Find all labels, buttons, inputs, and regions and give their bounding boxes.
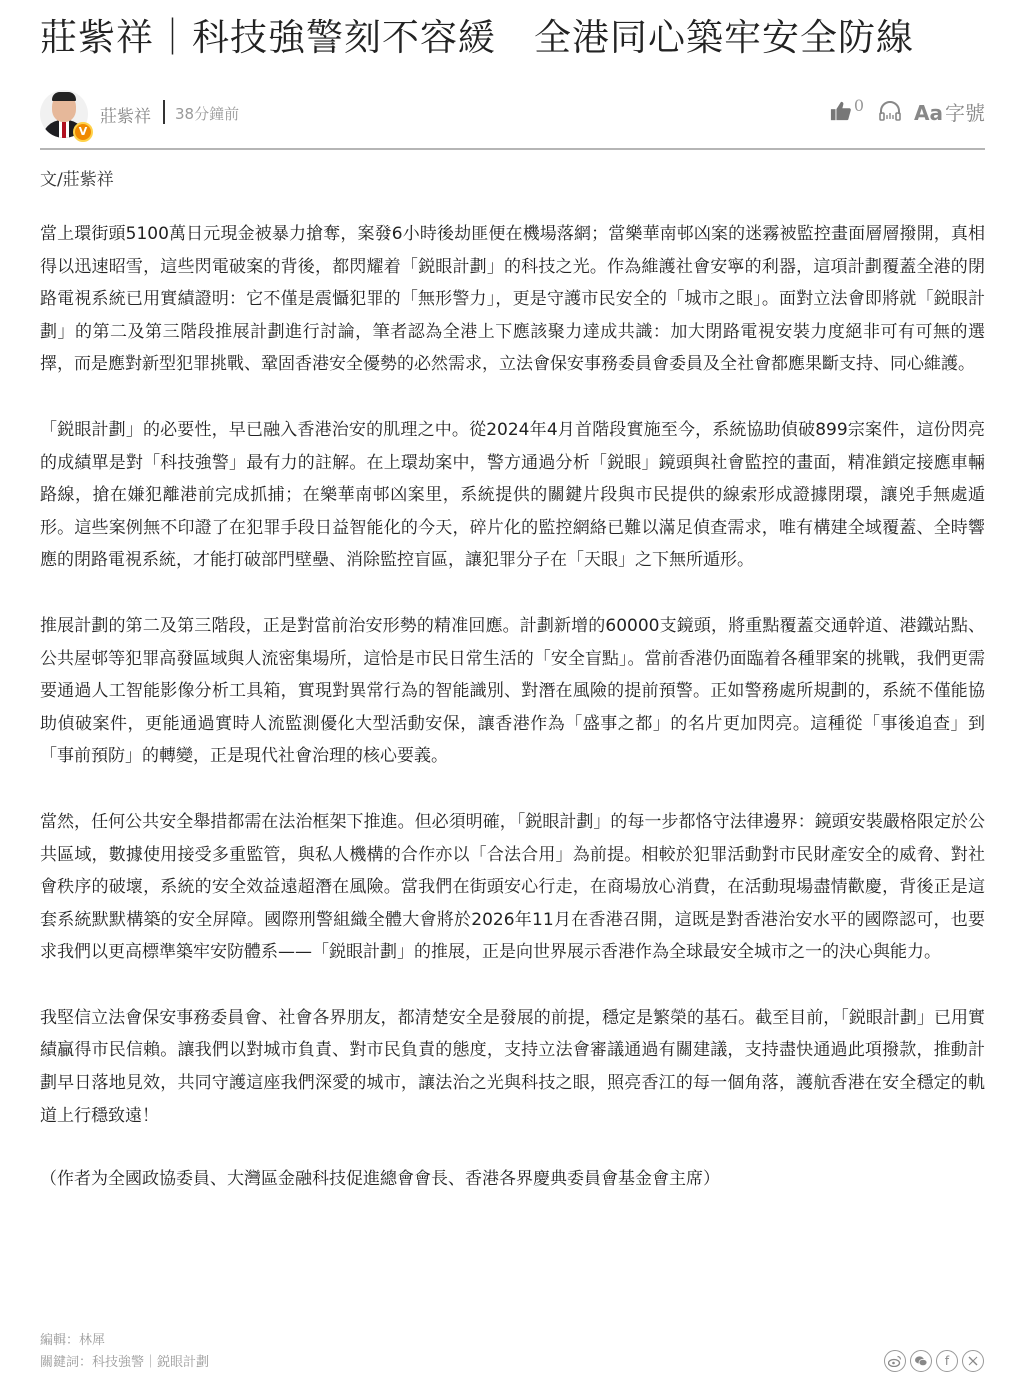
paragraph: 推展計劃的第二及第三階段，正是對當前治安形勢的精准回應。計劃新增的60000支鏡…: [40, 610, 985, 773]
article-title: 莊紫祥｜科技強警刻不容緩 全港同心築牢安全防線: [40, 0, 985, 58]
verified-badge-icon: V: [73, 122, 93, 142]
article-tools: 0 Aa 字號: [830, 98, 985, 124]
x-icon[interactable]: [962, 1350, 984, 1372]
editor-label: 編輯：: [40, 1333, 79, 1348]
editor-line: 編輯：林犀: [40, 1330, 209, 1352]
like-count: 0: [854, 96, 864, 115]
thumbs-up-icon: [830, 100, 852, 122]
keywords-line: 關鍵詞：科技強警｜鋭眼計劃: [40, 1352, 209, 1374]
article-body: 當上環街頭5100萬日元現金被暴力搶奪，案發6小時後劫匪便在機場落網；當樂華南邨…: [40, 218, 985, 1196]
wechat-icon[interactable]: [910, 1350, 932, 1372]
font-size-icon: Aa: [914, 101, 943, 125]
weibo-icon[interactable]: [884, 1350, 906, 1372]
article-footer: 編輯：林犀 關鍵詞：科技強警｜鋭眼計劃: [40, 1330, 209, 1374]
publish-time: 38分鐘前: [175, 103, 239, 124]
paragraph: 當然，任何公共安全舉措都需在法治框架下推進。但必須明確，「鋭眼計劃」的每一步都恪…: [40, 806, 985, 969]
keyword-link[interactable]: 鋭眼計劃: [157, 1355, 209, 1370]
keywords-label: 關鍵詞：: [40, 1355, 92, 1370]
font-size-button[interactable]: Aa 字號: [914, 97, 985, 126]
author-note: （作者为全國政協委員、大灣區金融科技促進總會會長、香港各界慶典委員會基金會主席）: [40, 1163, 985, 1196]
article-page: 莊紫祥｜科技強警刻不容緩 全港同心築牢安全防線 V 莊紫祥 38分鐘前 0: [0, 0, 1010, 1196]
author-name[interactable]: 莊紫祥: [100, 102, 151, 127]
paragraph: 當上環街頭5100萬日元現金被暴力搶奪，案發6小時後劫匪便在機場落網；當樂華南邨…: [40, 218, 985, 381]
font-size-label: 字號: [945, 97, 985, 126]
facebook-icon[interactable]: f: [936, 1350, 958, 1372]
meta-divider: [163, 100, 165, 124]
keyword-separator: ｜: [144, 1355, 157, 1370]
article-meta-bar: V 莊紫祥 38分鐘前 0 Aa 字號: [40, 86, 985, 150]
keyword-link[interactable]: 科技強警: [92, 1355, 144, 1370]
like-button[interactable]: 0: [830, 100, 864, 122]
headphones-icon[interactable]: [878, 100, 902, 122]
share-buttons: f: [884, 1350, 984, 1372]
byline: 文/莊紫祥: [40, 168, 985, 192]
paragraph: 「鋭眼計劃」的必要性，早已融入香港治安的肌理之中。從2024年4月首階段實施至今…: [40, 414, 985, 577]
editor-name: 林犀: [79, 1333, 105, 1348]
paragraph: 我堅信立法會保安事務委員會、社會各界朋友，都清楚安全是發展的前提，穩定是繁榮的基…: [40, 1002, 985, 1132]
